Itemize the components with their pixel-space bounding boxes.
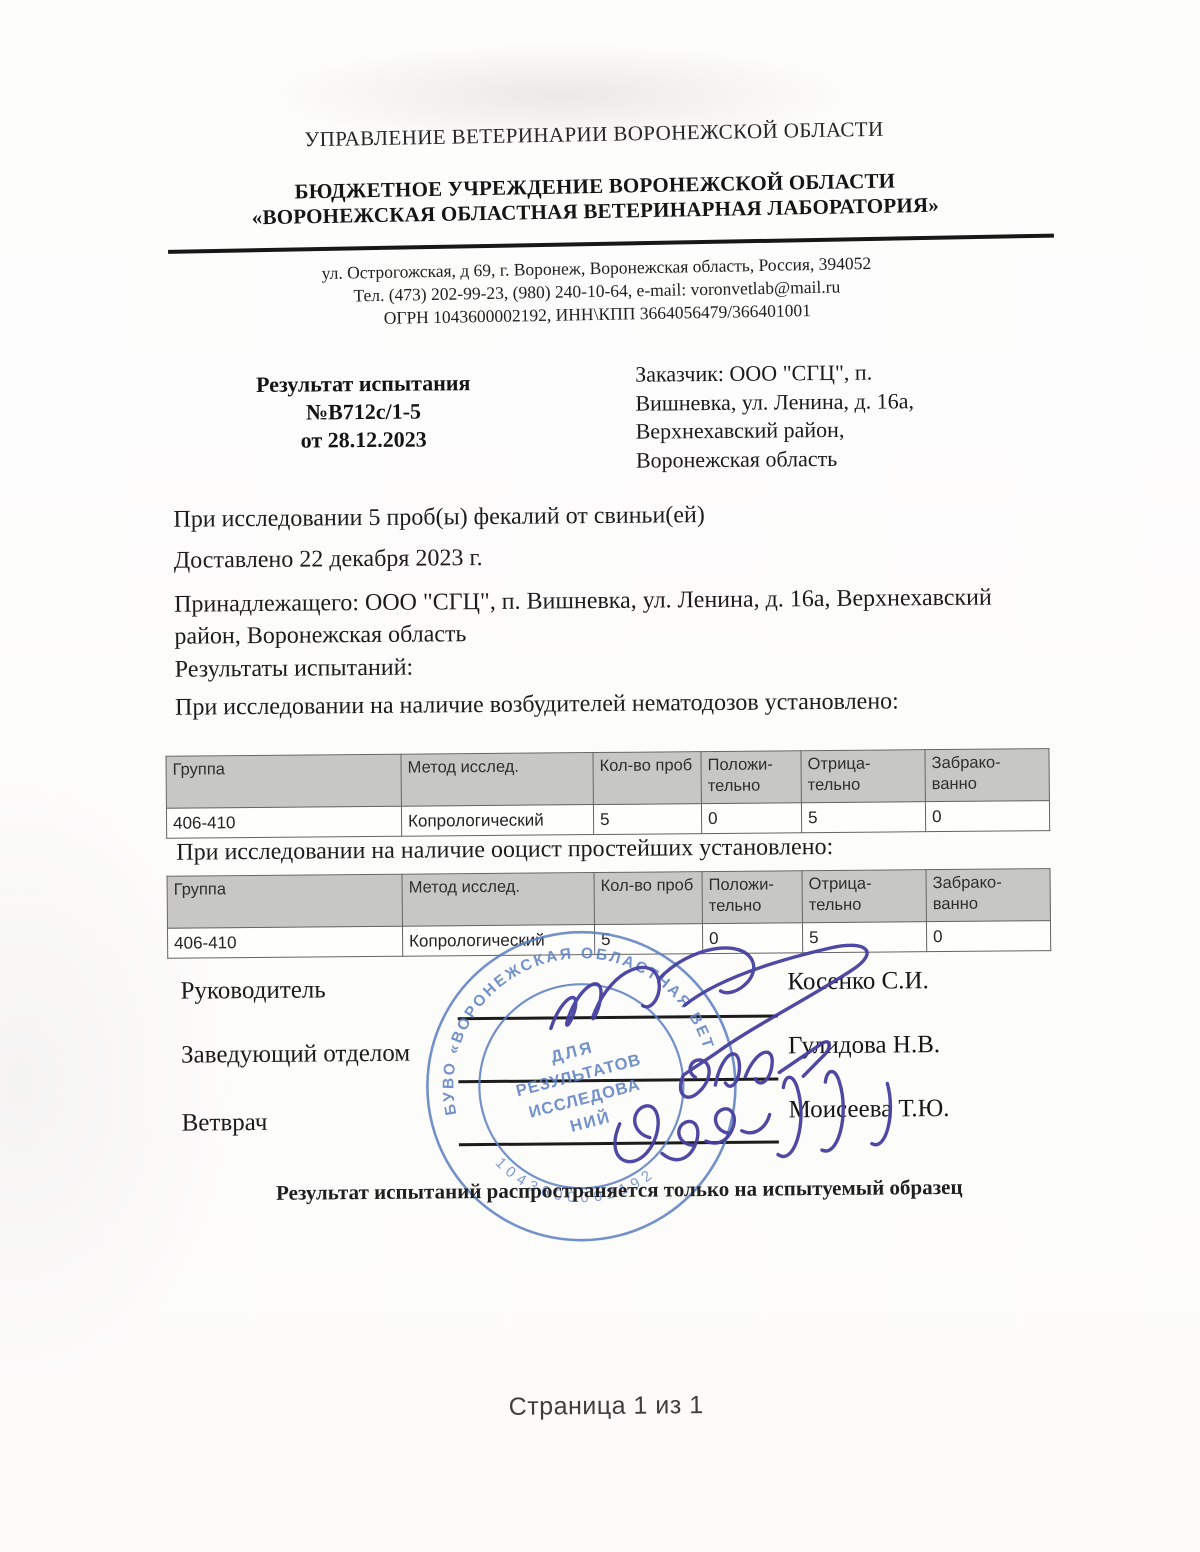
col-header-positive: Положи-тельно [701, 751, 801, 804]
customer-line: Заказчик: ООО "СГЦ", п. [635, 357, 1025, 389]
cell-group: 406-410 [167, 926, 402, 958]
owner-line: Принадлежащего: ООО "СГЦ", п. Вишневка, … [174, 581, 1005, 652]
cell-group: 406-410 [166, 806, 401, 838]
col-header-rejected: Забрако-ванно [926, 869, 1050, 922]
col-header-positive: Положи-тельно [702, 871, 802, 924]
customer-block: Заказчик: ООО "СГЦ", п. Вишневка, ул. Ле… [635, 357, 1026, 474]
section1-title: При исследовании на наличие возбудителей… [175, 685, 935, 725]
cell-rejected: 0 [925, 801, 1049, 832]
col-header-rejected: Забрако-ванно [925, 749, 1049, 802]
col-header-negative: Отрица-тельно [801, 750, 925, 803]
col-header-group: Группа [167, 874, 402, 928]
department-name: УПРАВЛЕНИЕ ВЕТЕРИНАРИИ ВОРОНЕЖСКОЙ ОБЛАС… [0, 111, 1194, 158]
customer-line: Верхнехавский район, [636, 414, 1026, 446]
section2-title: При исследовании на наличие ооцист прост… [176, 834, 833, 867]
col-header-negative: Отрица-тельно [802, 870, 926, 923]
signer-role-vet: Ветврач [182, 1109, 268, 1138]
cell-count: 5 [593, 804, 701, 835]
signer-role-director: Руководитель [180, 976, 325, 1005]
customer-line: Вишневка, ул. Ленина, д. 16а, [635, 386, 1025, 418]
col-header-count: Кол-во проб [593, 752, 701, 805]
result-date: от 28.12.2023 [204, 425, 524, 456]
signer-role-department-head: Заведующий отделом [181, 1040, 410, 1070]
delivered-line: Доставлено 22 декабря 2023 г. [174, 545, 483, 575]
samples-line: При исследовании 5 проб(ы) фекалий от св… [173, 502, 705, 534]
signature-vet [614, 1071, 891, 1162]
cell-method: Копрологический [401, 805, 593, 837]
cell-positive: 0 [701, 803, 801, 834]
results-label: Результаты испытаний: [175, 655, 414, 684]
result-title-block: Результат испытания №В712с/1-5 от 28.12.… [203, 369, 524, 456]
result-title: Результат испытания [203, 369, 523, 400]
signature-department-head [680, 1042, 830, 1097]
nematodes-results-table: Группа Метод исслед. Кол-во проб Положи-… [165, 748, 1050, 839]
letterhead-divider [168, 234, 1054, 254]
customer-line: Воронежская область [636, 443, 1026, 475]
result-number: №В712с/1-5 [203, 397, 523, 428]
handwritten-signatures [422, 924, 1024, 1179]
col-header-group: Группа [166, 754, 401, 808]
col-header-method: Метод исслед. [401, 753, 593, 807]
scanned-document: УПРАВЛЕНИЕ ВЕТЕРИНАРИИ ВОРОНЕЖСКОЙ ОБЛАС… [0, 0, 1200, 1552]
cell-negative: 5 [801, 802, 925, 833]
